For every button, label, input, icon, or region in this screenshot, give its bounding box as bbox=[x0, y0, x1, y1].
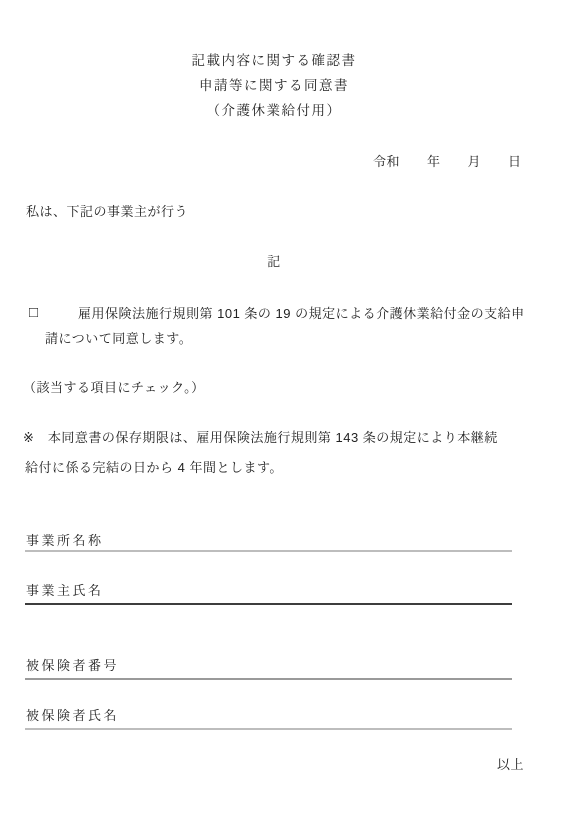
field-label-insured-name: 被保険者氏名 bbox=[26, 708, 119, 723]
consent-text-line2: 請について同意します。 bbox=[45, 331, 192, 346]
fill-line-insured-number[interactable] bbox=[25, 678, 512, 680]
field-label-establishment-name: 事業所名称 bbox=[26, 533, 104, 548]
fill-line-employer-name[interactable] bbox=[25, 603, 512, 605]
section-marker: 記 bbox=[25, 254, 523, 269]
consent-checkbox[interactable]: □ bbox=[29, 305, 39, 320]
consent-text-line1: 雇用保険法施行規則第 101 条の 19 の規定による介護休業給付金の支給申 bbox=[78, 306, 525, 321]
intro-text: 私は、下記の事業主が行う bbox=[26, 204, 188, 219]
retention-note-line1: ※ 本同意書の保存期限は、雇用保険法施行規則第 143 条の規定により本継続 bbox=[23, 430, 498, 445]
document-title-line2: 申請等に関する同意書 bbox=[25, 78, 523, 93]
closing-text: 以上 bbox=[497, 757, 524, 772]
check-instruction-note: （該当する項目にチェック。） bbox=[23, 380, 205, 395]
fill-line-insured-name[interactable] bbox=[25, 728, 512, 730]
fill-line-establishment-name[interactable] bbox=[25, 550, 512, 552]
document-title-line3: （介護休業給付用） bbox=[25, 103, 523, 118]
era-date-line: 令和 年 月 日 bbox=[373, 154, 522, 169]
document-title-line1: 記載内容に関する確認書 bbox=[25, 53, 523, 68]
retention-note-line2: 給付に係る完結の日から 4 年間とします。 bbox=[25, 460, 283, 475]
document-page: 記載内容に関する確認書 申請等に関する同意書 （介護休業給付用） 令和 年 月 … bbox=[0, 0, 568, 824]
field-label-employer-name: 事業主氏名 bbox=[26, 583, 104, 598]
field-label-insured-number: 被保険者番号 bbox=[26, 658, 119, 673]
